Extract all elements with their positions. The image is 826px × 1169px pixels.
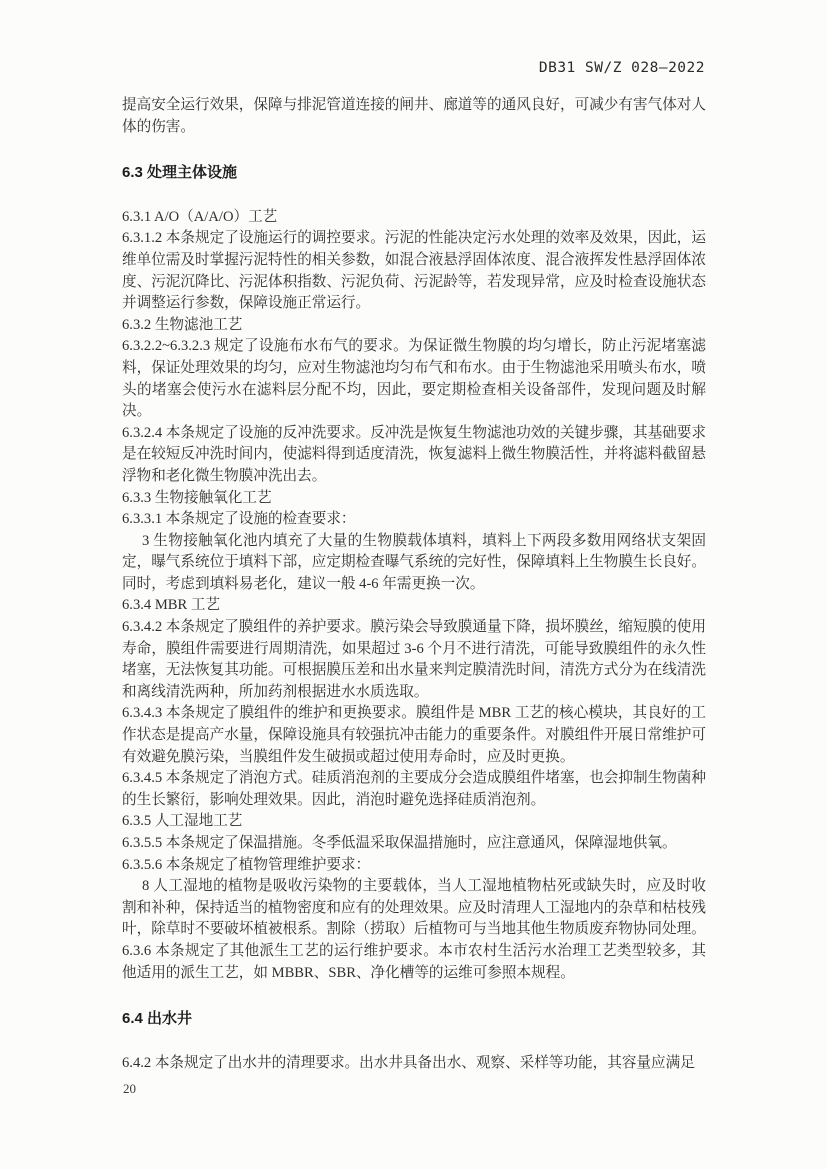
paragraph-6-3-4-2: 6.3.4.2 本条规定了膜组件的养护要求。膜污染会导致膜通量下降，损坏膜丝，缩… [122,617,706,703]
paragraph-6-3-2-2: 6.3.2.2~6.3.2.3 规定了设施布水布气的要求。为保证微生物膜的均匀增… [122,336,706,422]
paragraph-6-3-4-5: 6.3.4.5 本条规定了消泡方式。硅质消泡剂的主要成分会造成膜组件堵塞，也会抑… [122,768,706,811]
subsection-heading-6-3-2: 6.3.2 生物滤池工艺 [122,315,706,337]
section-heading-6-4: 6.4 出水井 [122,1008,706,1030]
paragraph-6-3-5-5: 6.3.5.5 本条规定了保温措施。冬季低温采取保温措施时，应注意通风，保障湿地… [122,833,706,855]
paragraph-6-3-6: 6.3.6 本条规定了其他派生工艺的运行维护要求。本市农村生活污水治理工艺类型较… [122,941,706,984]
subsection-heading-6-3-4: 6.3.4 MBR 工艺 [122,595,706,617]
paragraph-6-3-4-3: 6.3.4.3 本条规定了膜组件的维护和更换要求。膜组件是 MBR 工艺的核心模… [122,703,706,768]
section-heading-6-3: 6.3 处理主体设施 [122,162,706,184]
paragraph-intro-continued: 提高安全运行效果，保障与排泥管道连接的闸井、廊道等的通风良好，可减少有害气体对人… [122,95,706,138]
paragraph-6-3-5-6: 6.3.5.6 本条规定了植物管理维护要求： [122,855,706,877]
paragraph-6-3-2-4: 6.3.2.4 本条规定了设施的反冲洗要求。反冲洗是恢复生物滤池功效的关键步骤，… [122,423,706,488]
subsection-heading-6-3-3: 6.3.3 生物接触氧化工艺 [122,488,706,510]
list-item-3: 3 生物接触氧化池内填充了大量的生物膜载体填料，填料上下两段多数用网络状支架固定… [122,531,706,596]
subsection-heading-6-3-1: 6.3.1 A/O（A/A/O）工艺 [122,207,706,229]
paragraph-6-4-2: 6.4.2 本条规定了出水井的清理要求。出水井具备出水、观察、采样等功能，其容量… [122,1053,706,1075]
page-number: 20 [123,1081,136,1097]
document-page: DB31 SW/Z 028—2022 提高安全运行效果，保障与排泥管道连接的闸井… [0,0,826,1169]
paragraph-6-3-3-1: 6.3.3.1 本条规定了设施的检查要求： [122,509,706,531]
document-body: 提高安全运行效果，保障与排泥管道连接的闸井、廊道等的通风良好，可减少有害气体对人… [122,95,706,1074]
paragraph-6-3-1-2: 6.3.1.2 本条规定了设施运行的调控要求。污泥的性能决定污水处理的效率及效果… [122,228,706,314]
doc-number-header: DB31 SW/Z 028—2022 [539,60,705,76]
list-item-8: 8 人工湿地的植物是吸收污染物的主要载体，当人工湿地植物枯死或缺失时，应及时收割… [122,876,706,941]
subsection-heading-6-3-5: 6.3.5 人工湿地工艺 [122,811,706,833]
